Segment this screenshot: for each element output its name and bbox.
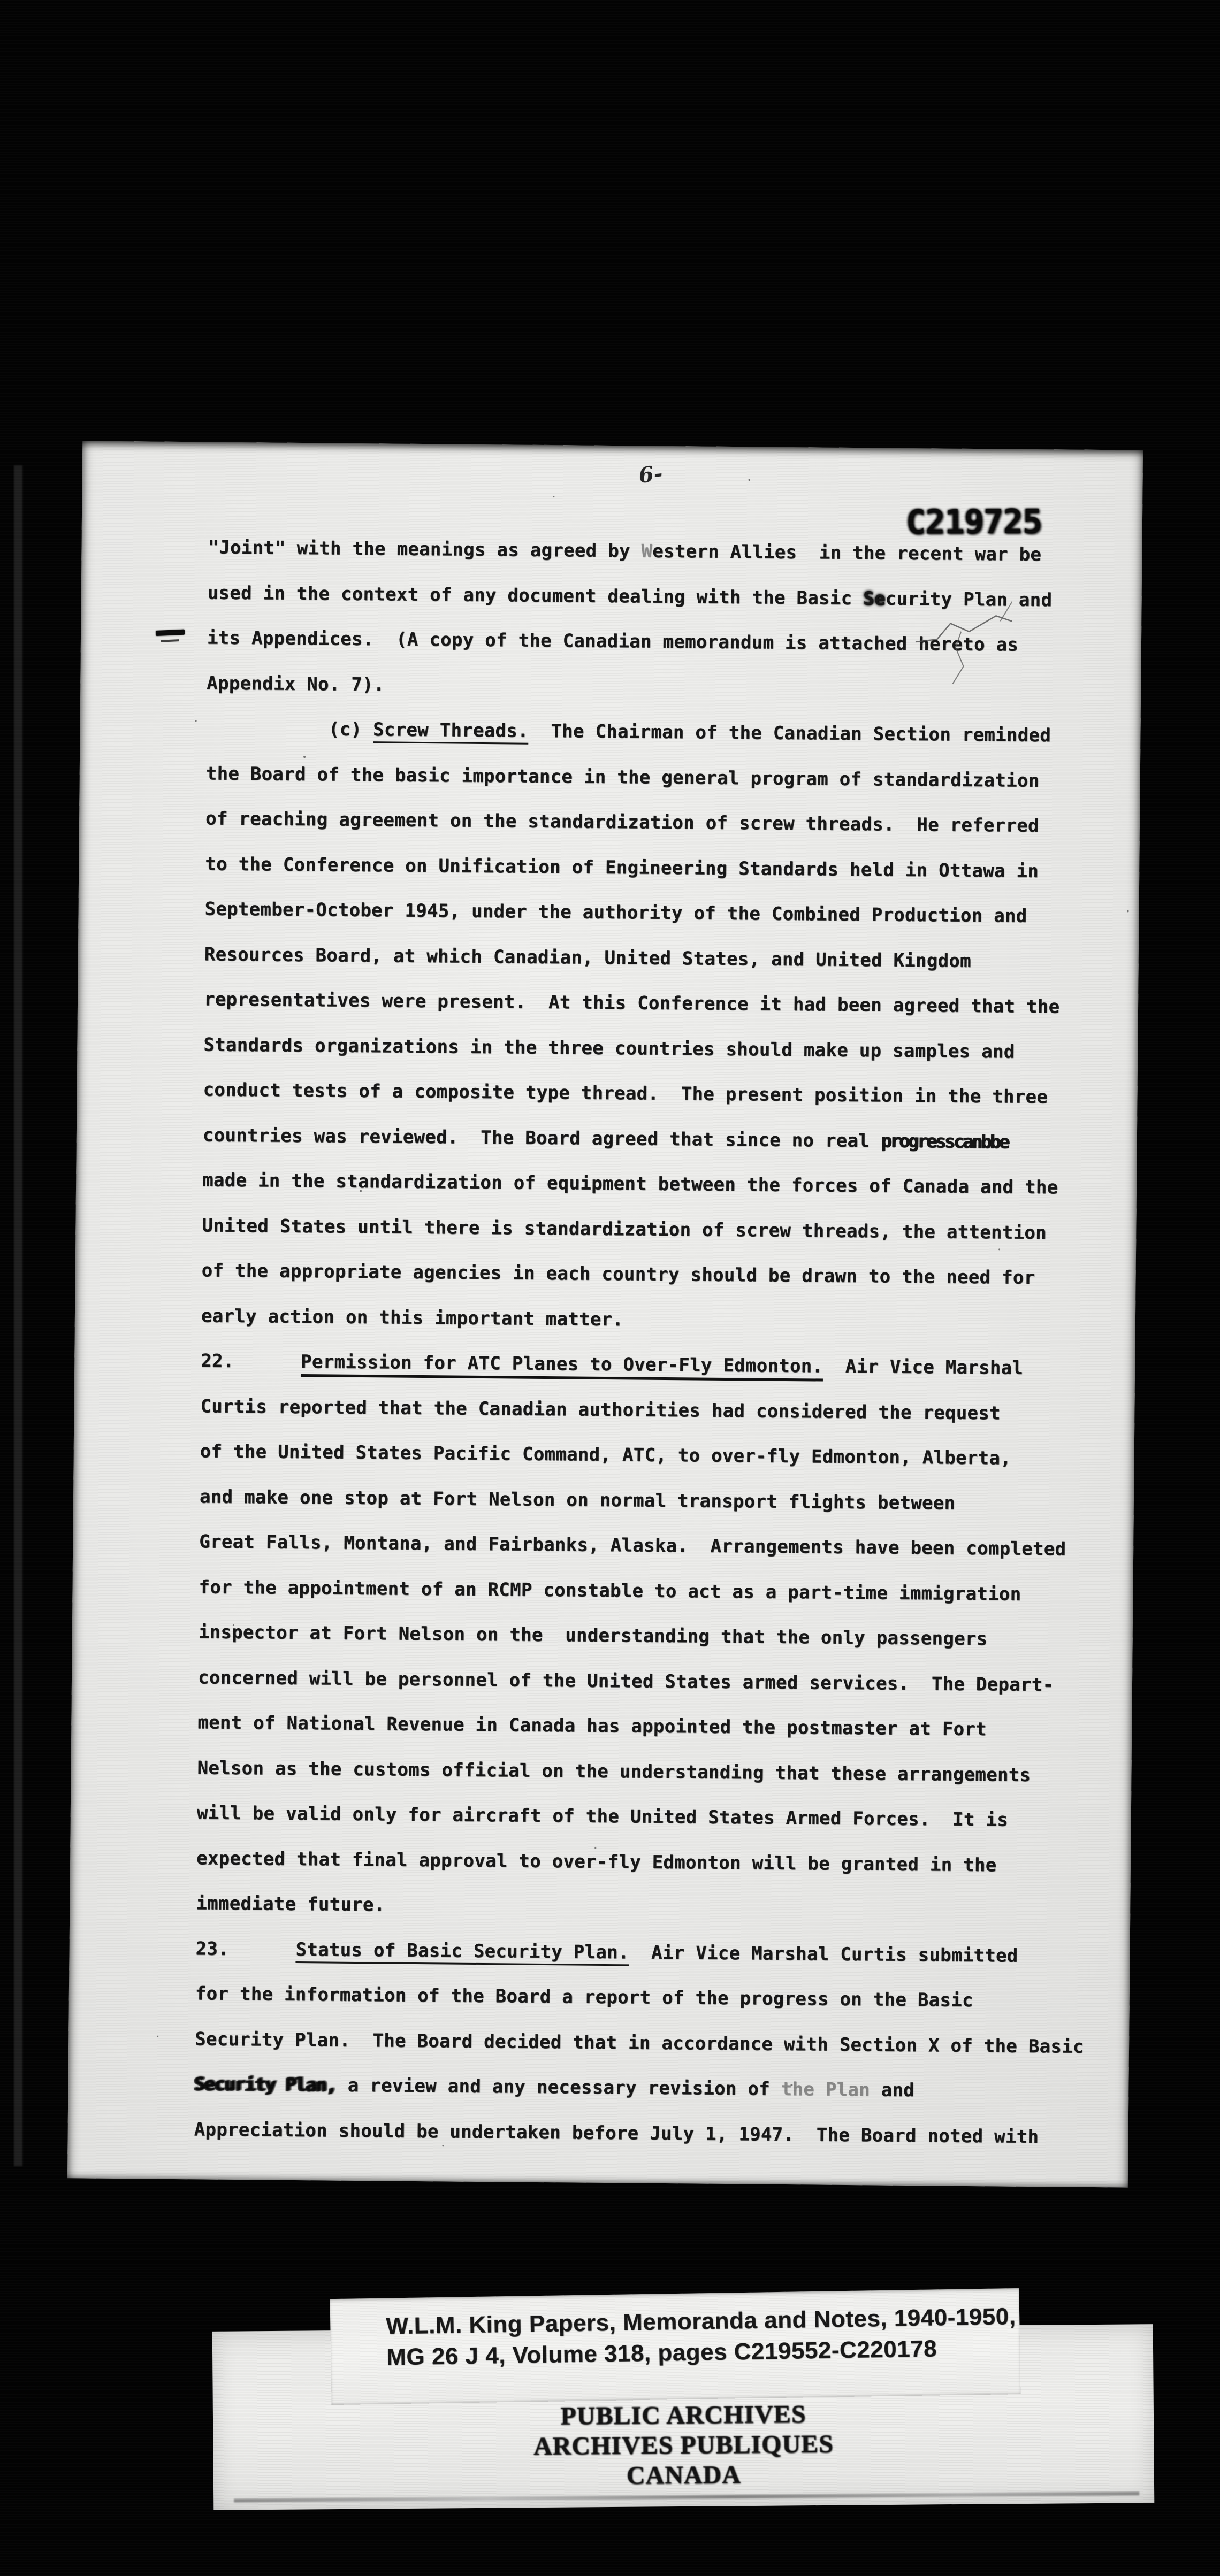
paper-speck <box>442 2145 444 2146</box>
line-segment: estern Allies in the recent war be <box>652 541 1041 565</box>
line-segment: of reaching agreement on the standardiza… <box>205 808 1039 837</box>
line-segment: Standards organizations in the three cou… <box>203 1034 1015 1062</box>
document-line: for the appointment of an RCMP constable… <box>199 1565 1109 1617</box>
microfilm-scan: 6- C219725 "Joint" with the meanings as … <box>0 0 1220 2576</box>
paper-speck <box>1127 910 1129 912</box>
line-segment: Appendix No. 7). <box>207 672 385 695</box>
line-segment: Screw Threads. <box>373 719 529 745</box>
document-line: countries was reviewed. The Board agreed… <box>203 1113 1113 1166</box>
paper-speck <box>749 479 750 481</box>
line-segment: Status of Basic Security Plan. <box>295 1938 629 1965</box>
line-segment: conduct tests of a composite type thread… <box>203 1079 1048 1108</box>
page-number: 6- <box>637 461 664 488</box>
paper-speck <box>303 756 306 758</box>
document-page: 6- C219725 "Joint" with the meanings as … <box>67 441 1143 2187</box>
line-segment: to the Conference on Unification of Engi… <box>205 853 1039 882</box>
document-line: Resources Board, at which Canadian, Unit… <box>204 932 1114 985</box>
paper-speck <box>195 720 197 722</box>
document-line: Curtis reported that the Canadian author… <box>200 1384 1110 1437</box>
line-segment: representatives were present. At this Co… <box>204 988 1060 1017</box>
document-line: of reaching agreement on the standardiza… <box>205 796 1116 849</box>
line-segment: Curtis reported that the Canadian author… <box>200 1396 1001 1424</box>
document-line: and make one stop at Fort Nelson on norm… <box>200 1474 1110 1527</box>
scan-scuff-mark <box>234 2491 1139 2502</box>
line-segment: Air Vice Marshal <box>823 1356 1023 1379</box>
document-line: inspector at Fort Nelson on the understa… <box>198 1609 1108 1662</box>
document-line: (c) Screw Threads. The Chairman of the C… <box>206 706 1116 758</box>
film-edge-line <box>14 465 22 2166</box>
document-line: United States until there is standardiza… <box>202 1203 1112 1256</box>
document-line: Appreciation should be undertaken before… <box>194 2107 1104 2160</box>
line-segment: progresscanbbe <box>881 1130 1008 1153</box>
document-line: of the appropriate agencies in each coun… <box>201 1248 1111 1301</box>
document-line: conduct tests of a composite type thread… <box>203 1067 1113 1120</box>
line-segment: for the appointment of an RCMP constable… <box>199 1576 1021 1605</box>
line-segment: will be valid only for aircraft of the U… <box>197 1802 1008 1830</box>
pencil-squiggle <box>851 571 1066 695</box>
document-line: early action on this important matter. <box>201 1293 1111 1346</box>
fonds-reference-card: W.L.M. King Papers, Memoranda and Notes,… <box>330 2288 1021 2405</box>
line-segment: the Board of the basic importance in the… <box>206 763 1040 792</box>
line-segment: used in the context of any document deal… <box>208 582 864 609</box>
line-segment: Permission for ATC Planes to Over-Fly Ed… <box>301 1351 823 1382</box>
paper-speck <box>157 2036 158 2037</box>
document-line: the Board of the basic importance in the… <box>205 751 1116 804</box>
document-line: will be valid only for aircraft of the U… <box>196 1790 1107 1843</box>
line-segment: United States until there is standardiza… <box>202 1215 1047 1244</box>
paper-speck <box>594 1847 596 1849</box>
archives-stamp-text: PUBLIC ARCHIVES ARCHIVES PUBLIQUES CANAD… <box>213 2397 1154 2494</box>
line-segment: and <box>870 2079 914 2101</box>
document-line: 23. Status of Basic Security Plan. Air V… <box>195 1926 1105 1979</box>
line-segment: a review and any necessary revision of <box>337 2075 781 2100</box>
line-segment: Nelson as the customs official on the un… <box>197 1757 1031 1786</box>
line-segment: inspector at Fort Nelson on the understa… <box>199 1621 988 1650</box>
line-segment: 23. <box>195 1938 295 1960</box>
line-segment: Security Plan, <box>194 2073 337 2096</box>
document-line: ment of National Revenue in Canada has a… <box>197 1700 1108 1753</box>
line-segment: Great Falls, Montana, and Fairbanks, Ala… <box>199 1531 1066 1560</box>
document-line: September-October 1945, under the author… <box>204 886 1115 939</box>
document-line: 22. Permission for ATC Planes to Over-Fl… <box>201 1338 1111 1391</box>
line-segment: countries was reviewed. The Board agreed… <box>203 1124 881 1152</box>
document-line: made in the standardization of equipment… <box>202 1157 1112 1210</box>
line-segment: ment of National Revenue in Canada has a… <box>197 1712 987 1740</box>
line-segment: September-October 1945, under the author… <box>204 898 1027 926</box>
line-segment: Resources Board, at which Canadian, Unit… <box>204 944 971 972</box>
line-segment: made in the standardization of equipment… <box>202 1169 1058 1198</box>
line-segment: concerned will be personnel of the Unite… <box>198 1667 1054 1696</box>
margin-mark <box>156 630 185 636</box>
margin-mark-thin <box>161 639 179 642</box>
line-segment: immediate future. <box>196 1892 385 1915</box>
paper-speck <box>360 1190 362 1192</box>
document-line: immediate future. <box>196 1881 1106 1934</box>
line-segment: expected that final approval to over-fly… <box>196 1847 997 1876</box>
document-line: Security Plan, a review and any necessar… <box>194 2061 1104 2114</box>
line-segment: of the appropriate agencies in each coun… <box>202 1260 1035 1289</box>
document-line: Standards organizations in the three cou… <box>203 1022 1114 1075</box>
line-segment: 22. <box>201 1350 301 1373</box>
document-line: to the Conference on Unification of Engi… <box>205 841 1115 894</box>
line-segment: Security Plan. The Board decided that in… <box>195 2028 1084 2057</box>
line-segment: W <box>641 541 652 562</box>
document-line: of the United States Pacific Command, AT… <box>200 1429 1110 1482</box>
line-segment: Air Vice Marshal Curtis submitted <box>629 1942 1018 1966</box>
document-line: Nelson as the customs official on the un… <box>197 1745 1107 1798</box>
fonds-reference-text: W.L.M. King Papers, Memoranda and Notes,… <box>386 2301 1017 2373</box>
document-line: Great Falls, Montana, and Fairbanks, Ala… <box>199 1519 1109 1572</box>
document-line: representatives were present. At this Co… <box>204 977 1114 1030</box>
line-segment: (c) <box>206 717 373 740</box>
line-segment: of the United States Pacific Command, AT… <box>200 1440 1011 1469</box>
paper-speck <box>233 1624 234 1626</box>
document-line: Security Plan. The Board decided that in… <box>195 2017 1105 2069</box>
line-segment: The Chairman of the Canadian Section rem… <box>529 720 1051 747</box>
line-segment: Appreciation should be undertaken before… <box>194 2119 1039 2148</box>
text-block: "Joint" with the meanings as agreed by W… <box>194 525 1117 2160</box>
line-segment: "Joint" with the meanings as agreed by <box>208 536 641 562</box>
line-segment: and make one stop at Fort Nelson on norm… <box>200 1486 956 1514</box>
paper-speck <box>998 1248 1000 1250</box>
document-line: concerned will be personnel of the Unite… <box>198 1655 1108 1708</box>
line-segment: the Plan <box>781 2079 871 2100</box>
paper-speck <box>790 2084 792 2086</box>
line-segment: for the information of the Board a repor… <box>195 1983 973 2011</box>
document-line: for the information of the Board a repor… <box>195 1971 1105 2024</box>
document-line: expected that final approval to over-fly… <box>196 1836 1107 1889</box>
line-segment: early action on this important matter. <box>201 1305 624 1330</box>
document-line: "Joint" with the meanings as agreed by W… <box>208 525 1118 578</box>
paper-speck <box>553 496 554 497</box>
